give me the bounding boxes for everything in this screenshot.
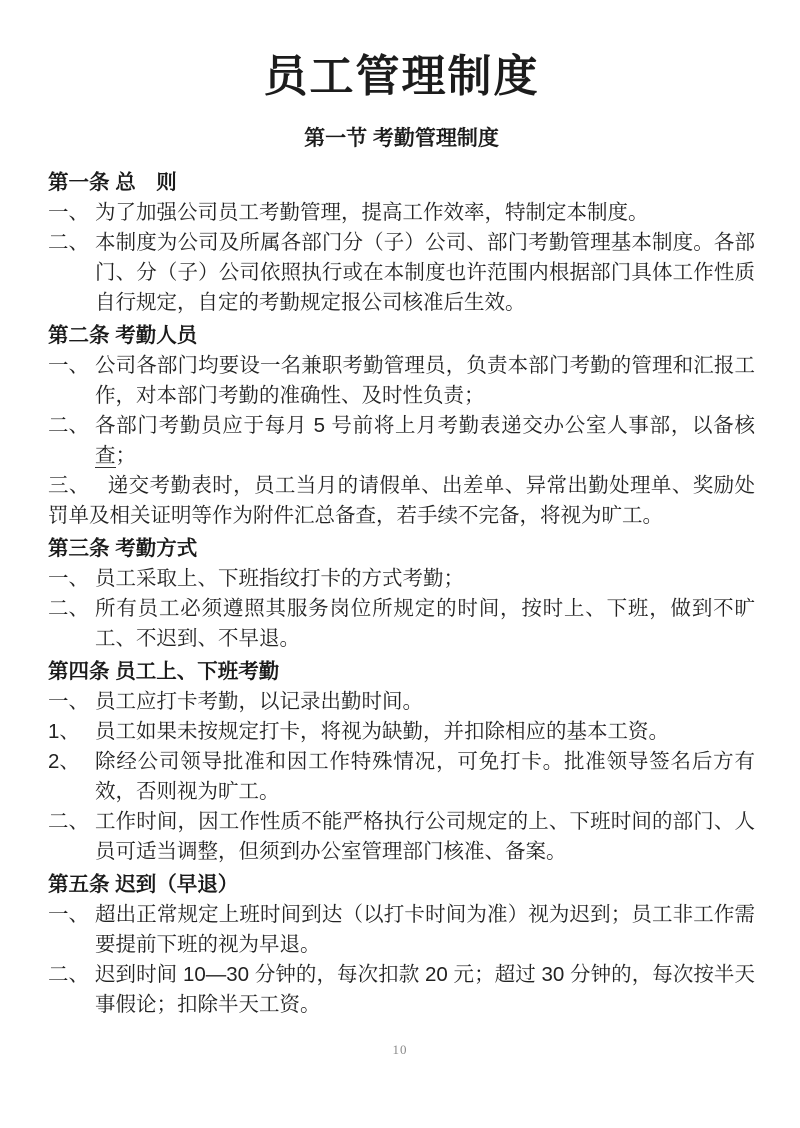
list-item: 二、 本制度为公司及所属各部门分（子）公司、部门考勤管理基本制度。各部门、分（子… [48, 228, 755, 318]
clause-heading-4: 第四条 员工上、下班考勤 [48, 657, 755, 687]
section-subtitle: 第一节 考勤管理制度 [48, 126, 755, 152]
clause-heading-5: 第五条 迟到（早退） [48, 870, 755, 900]
item-marker: 1、 [48, 717, 80, 747]
item-text: 员工如果未按规定打卡，将视为缺勤，并扣除相应的基本工资。 [95, 720, 669, 743]
list-item: 一、 超出正常规定上班时间到达（以打卡时间为准）视为迟到；员工非工作需要提前下班… [48, 900, 755, 960]
item-text: 公司各部门均要设一名兼职考勤管理员，负责本部门考勤的管理和汇报工作，对本部门考勤… [95, 354, 755, 407]
item-text: 员工应打卡考勤，以记录出勤时间。 [95, 690, 423, 713]
list-item: 一、 员工采取上、下班指纹打卡的方式考勤； [48, 564, 755, 594]
clause-heading-2: 第二条 考勤人员 [48, 321, 755, 351]
list-item: 一、 公司各部门均要设一名兼职考勤管理员，负责本部门考勤的管理和汇报工作，对本部… [48, 351, 755, 411]
item-marker: 二、 [48, 594, 89, 624]
item-text-segment: ； [116, 444, 137, 467]
item-text: 迟到时间 10—30 分钟的，每次扣款 20 元；超过 30 分钟的，每次按半天… [95, 963, 755, 1016]
item-marker: 2、 [48, 747, 80, 777]
item-text: 各部门考勤员应于每月 5 号前将上月考勤表递交办公室人事部，以备核查； [95, 414, 755, 468]
item-marker: 一、 [48, 687, 89, 717]
list-item: 二、 工作时间，因工作性质不能严格执行公司规定的上、下班时间的部门、人员可适当调… [48, 807, 755, 867]
item-marker: 二、 [48, 228, 89, 258]
clause-heading-3: 第三条 考勤方式 [48, 534, 755, 564]
item-marker: 一、 [48, 564, 89, 594]
item-text: 所有员工必须遵照其服务岗位所规定的时间，按时上、下班，做到不旷工、不迟到、不早退… [95, 597, 755, 650]
item-text: 为了加强公司员工考勤管理，提高工作效率，特制定本制度。 [95, 201, 649, 224]
item-text: 除经公司领导批准和因工作特殊情况，可免打卡。批准领导签名后方有效，否则视为旷工。 [95, 750, 755, 803]
item-text: 本制度为公司及所属各部门分（子）公司、部门考勤管理基本制度。各部门、分（子）公司… [95, 231, 755, 314]
list-item: 1、 员工如果未按规定打卡，将视为缺勤，并扣除相应的基本工资。 [48, 717, 755, 747]
item-text-segment: 各部门考勤员应于每月 5 号前将上月考勤表递交办公室人事部，以备核 [95, 414, 755, 437]
item-marker: 一、 [48, 198, 89, 228]
list-item: 一、 员工应打卡考勤，以记录出勤时间。 [48, 687, 755, 717]
list-item: 二、 各部门考勤员应于每月 5 号前将上月考勤表递交办公室人事部，以备核查； [48, 411, 755, 471]
document-title: 员工管理制度 [48, 52, 755, 102]
item-marker: 二、 [48, 807, 89, 837]
item-text: 递交考勤表时，员工当月的请假单、出差单、异常出勤处理单、奖励处罚单及相关证明等作… [48, 474, 755, 527]
underlined-char: 查 [95, 444, 116, 468]
document-page: 员工管理制度 第一节 考勤管理制度 第一条 总 则 一、 为了加强公司员工考勤管… [0, 0, 800, 1128]
list-item: 二、 迟到时间 10—30 分钟的，每次扣款 20 元；超过 30 分钟的，每次… [48, 960, 755, 1020]
list-item: 一、 为了加强公司员工考勤管理，提高工作效率，特制定本制度。 [48, 198, 755, 228]
item-marker: 三、 [48, 474, 90, 497]
item-marker: 一、 [48, 900, 89, 930]
item-marker: 一、 [48, 351, 89, 381]
list-item: 三、递交考勤表时，员工当月的请假单、出差单、异常出勤处理单、奖励处罚单及相关证明… [48, 471, 755, 531]
item-marker: 二、 [48, 960, 89, 990]
page-number: 10 [0, 1042, 800, 1058]
document-body: 第一条 总 则 一、 为了加强公司员工考勤管理，提高工作效率，特制定本制度。 二… [48, 168, 755, 1020]
list-item: 二、 所有员工必须遵照其服务岗位所规定的时间，按时上、下班，做到不旷工、不迟到、… [48, 594, 755, 654]
clause-heading-1: 第一条 总 则 [48, 168, 755, 198]
list-item: 2、 除经公司领导批准和因工作特殊情况，可免打卡。批准领导签名后方有效，否则视为… [48, 747, 755, 807]
item-text: 超出正常规定上班时间到达（以打卡时间为准）视为迟到；员工非工作需要提前下班的视为… [95, 903, 755, 956]
item-text: 工作时间，因工作性质不能严格执行公司规定的上、下班时间的部门、人员可适当调整，但… [95, 810, 755, 863]
item-text: 员工采取上、下班指纹打卡的方式考勤； [95, 567, 464, 590]
item-marker: 二、 [48, 411, 89, 441]
